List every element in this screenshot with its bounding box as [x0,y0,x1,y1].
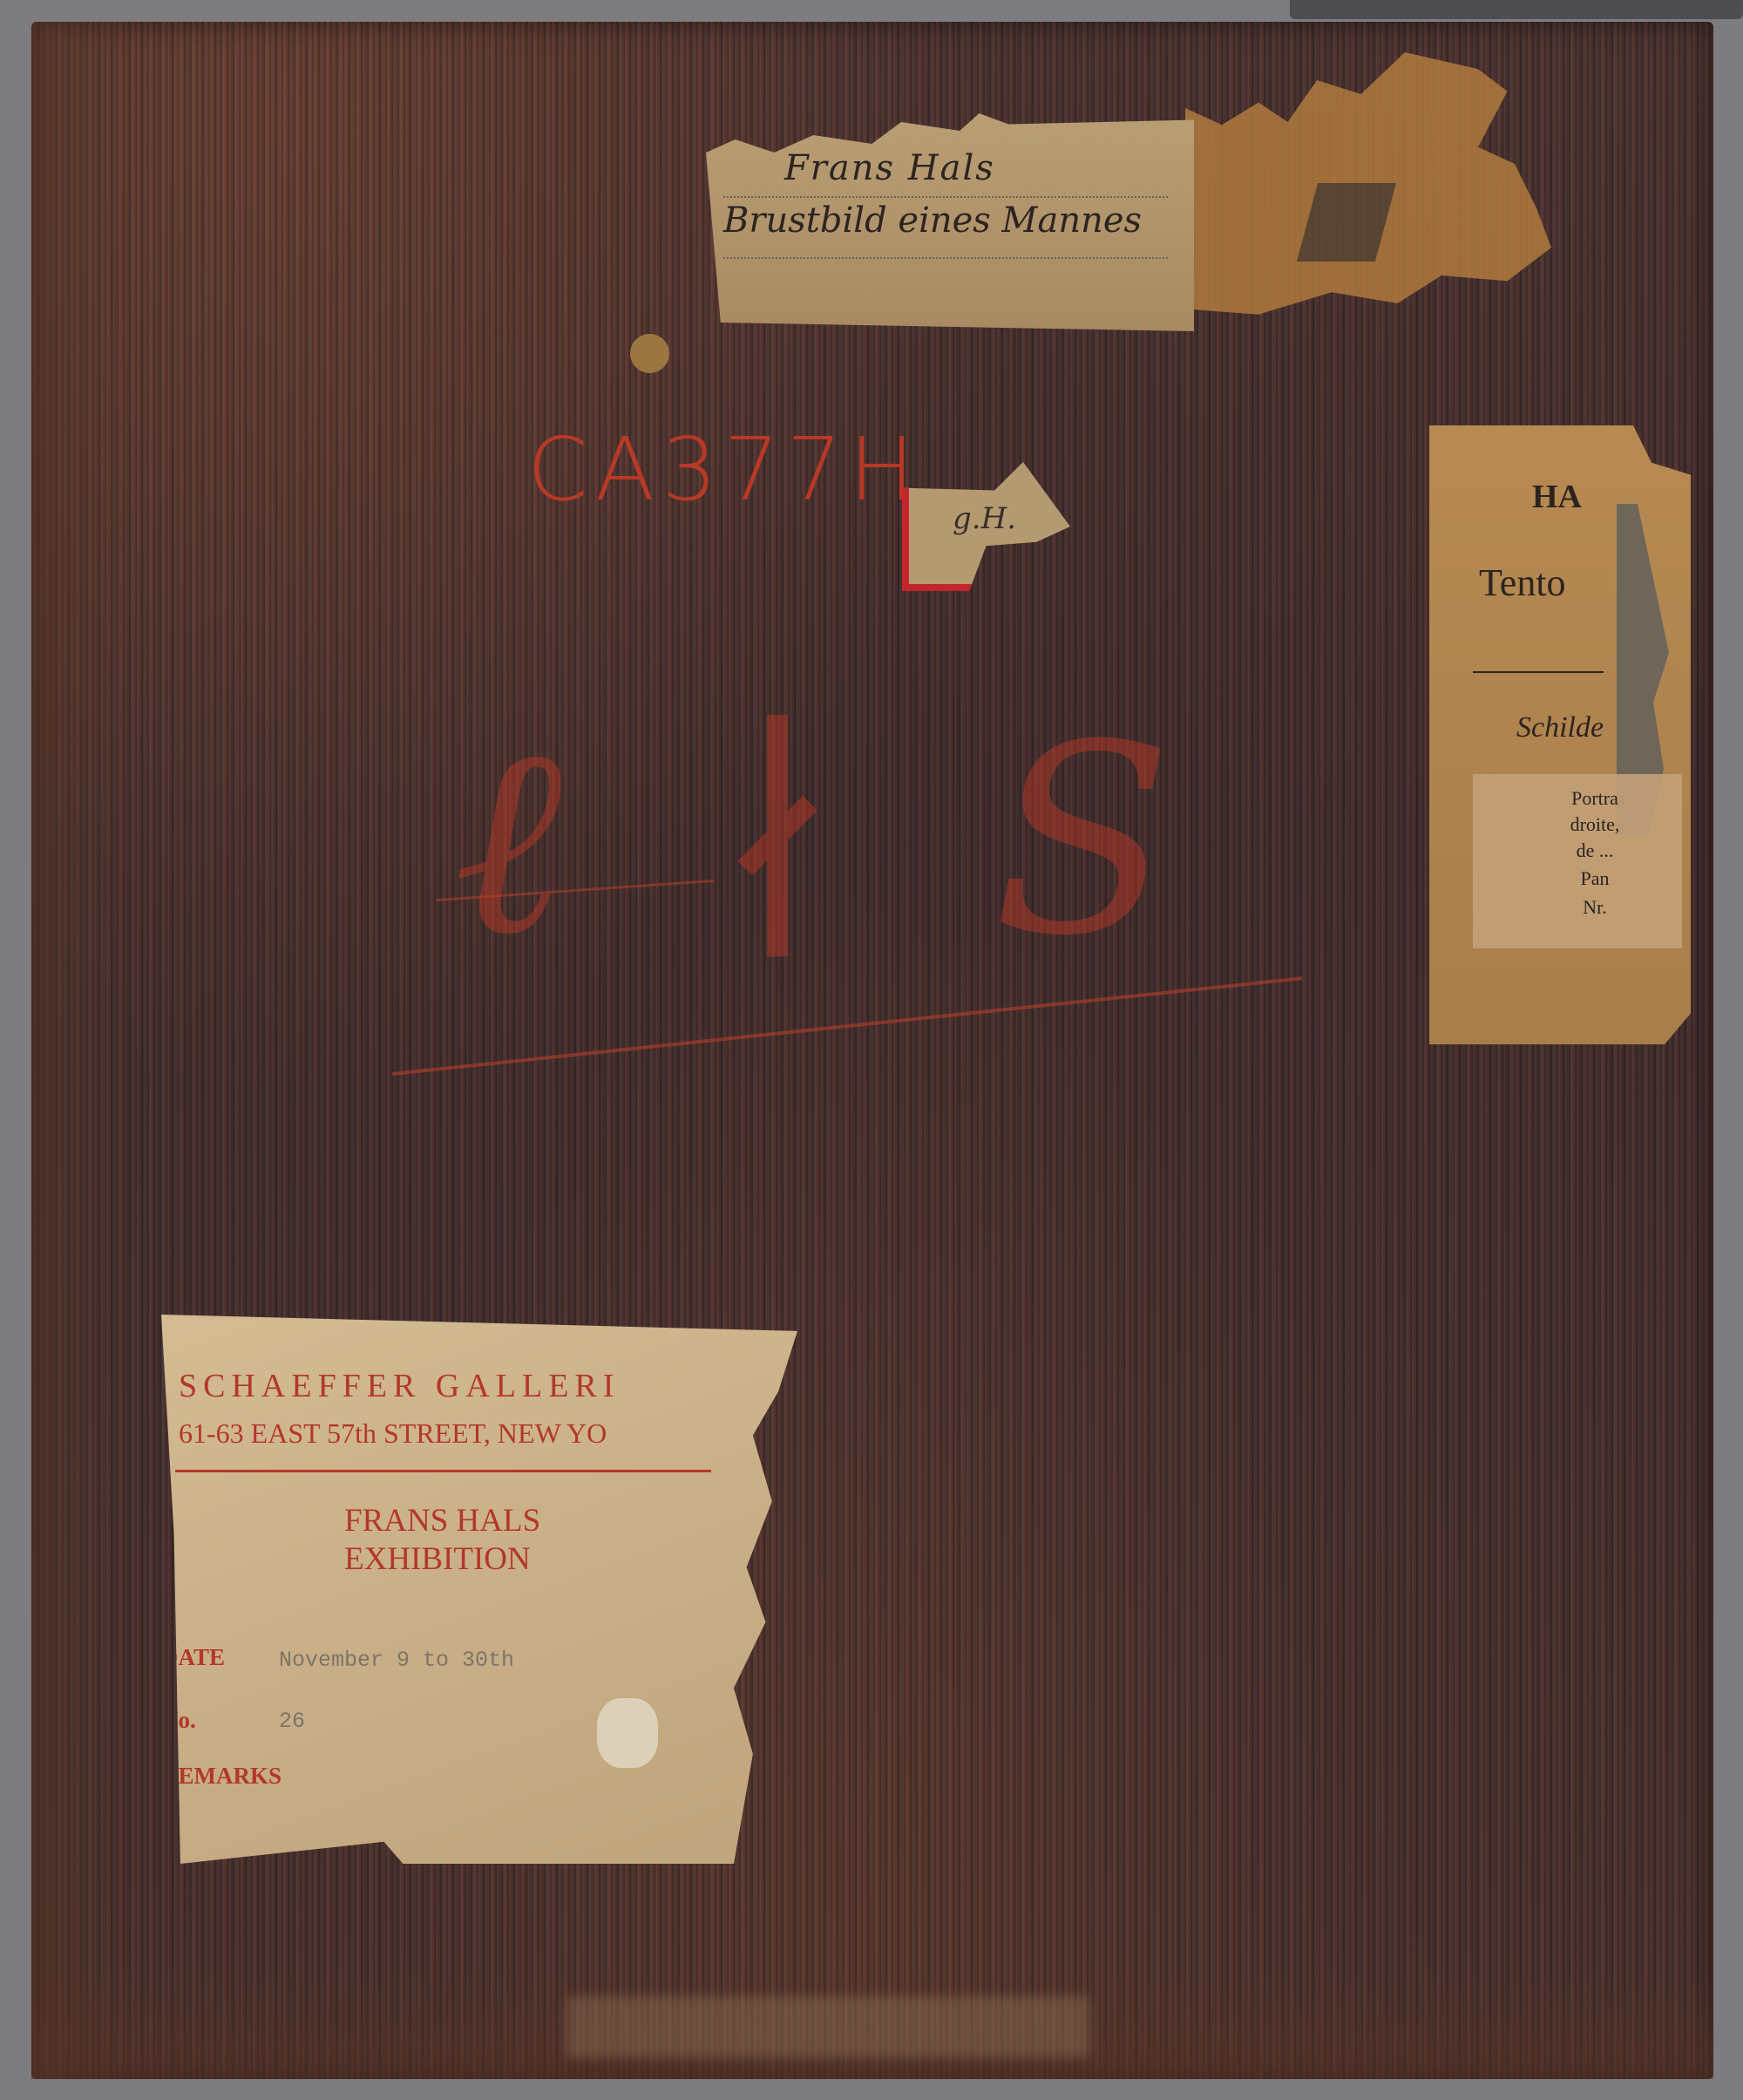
divider [175,1470,711,1472]
artist-name: Frans Hals [784,148,995,188]
paper-residue [566,1996,1089,2057]
panel-clamp [1290,0,1743,19]
remarks-label: REMARKS [161,1763,281,1790]
tag-text: g.H. [953,501,1016,536]
date-value: November 9 to 30th [279,1648,514,1673]
exhibition-title: FRANS HALS EXHIBITION [344,1502,540,1579]
chalk-scrawl: ℓ ∤ S [453,689,1207,994]
chalk-inventory-code: CA377H [527,418,921,520]
painting-title: Brustbild eines Mannes [723,200,1142,241]
label-heading: HA [1532,478,1582,516]
gallery-name: SCHAEFFER GALLERI [179,1367,620,1405]
panel-left-edge [31,22,136,2079]
printed-exhibition-label: HA Tento Schilde Portra droite, de ... P… [1429,425,1691,1044]
gallery-address: 61-63 EAST 57th STREET, NEW YO [179,1417,607,1450]
wax-spot [630,334,669,373]
label-subtitle: Schilde [1516,711,1604,744]
schaeffer-galleries-label: SCHAEFFER GALLERI 61-63 EAST 57th STREET… [161,1315,797,1864]
paper-loss [597,1698,658,1768]
number-value: 26 [279,1709,305,1734]
label-title: Tento [1479,561,1566,605]
